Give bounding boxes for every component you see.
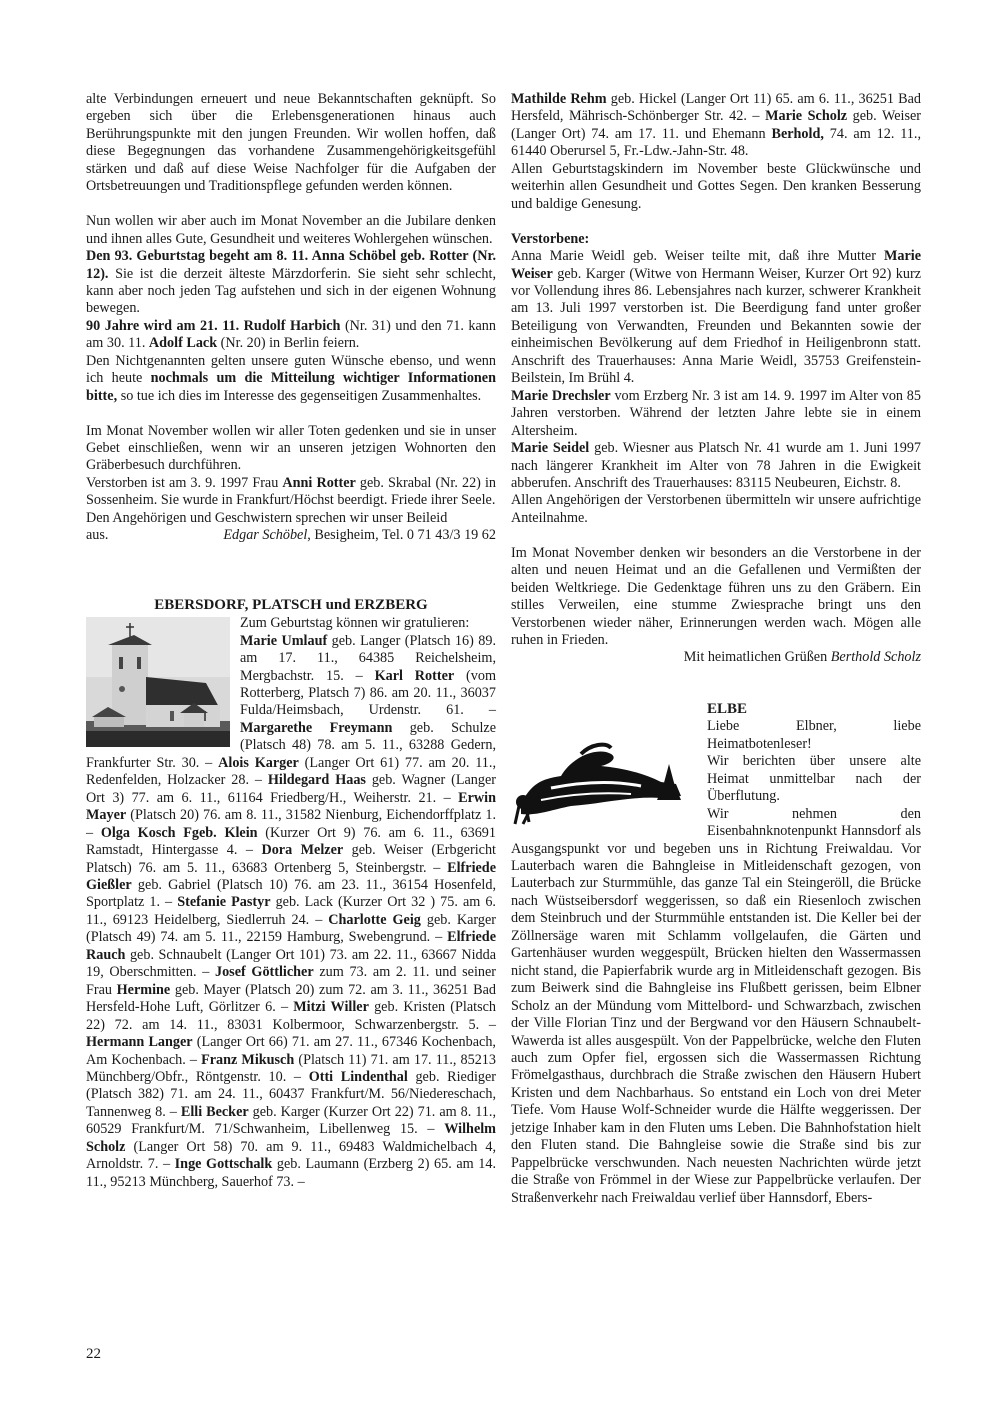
elbe-paragraph-2: Wir nehmen den Eisenbahnknotenpunkt Hann…: [511, 806, 921, 1207]
obituary-marie-seidel: Marie Seidel geb. Wiesner aus Platsch Nr…: [511, 440, 921, 492]
landscape-drawing: [511, 724, 697, 826]
church-photo: [86, 617, 230, 747]
birthday-wishes: Allen Geburtstagskindern im November bes…: [511, 161, 921, 213]
left-column: alte Verbindungen erneuert und neue Beka…: [86, 91, 496, 1191]
intro-paragraph: alte Verbindungen erneuert und neue Beka…: [86, 91, 496, 196]
birthday-90-heading: 90 Jahre wird am 21. 11. Rudolf Harbich: [86, 318, 340, 334]
jubilee-intro: Nun wollen wir aber auch im Monat Novemb…: [86, 213, 496, 248]
info-request: Den Nichtgenannten gelten unsere guten W…: [86, 353, 496, 405]
memorial-november: Im Monat November denken wir besonders a…: [511, 545, 921, 650]
condolence: Den Angehörigen und Geschwistern spreche…: [86, 510, 496, 527]
section-title-ebersdorf: EBERSDORF, PLATSCH und ERZBERG: [86, 597, 496, 614]
closing-signature: Mit heimatlichen Grüßen Berthold Scholz: [511, 649, 921, 666]
right-column: Mathilde Rehm geb. Hickel (Langer Ort 11…: [511, 91, 921, 1207]
deceased-condolence: Allen Angehörigen der Verstorbenen überm…: [511, 492, 921, 527]
signature: aus. Edgar Schöbel, Besigheim, Tel. 0 71…: [86, 527, 496, 544]
memorial-paragraph: Im Monat November wollen wir aller Toten…: [86, 423, 496, 475]
section-title-elbe: ELBE: [707, 701, 921, 718]
page-number: 22: [86, 1346, 101, 1363]
ebersdorf-birthday-list-cont: Mathilde Rehm geb. Hickel (Langer Ort 11…: [511, 91, 921, 161]
obituary-marie-drechsler: Marie Drechsler vom Erzberg Nr. 3 ist am…: [511, 388, 921, 440]
birthday-90: 90 Jahre wird am 21. 11. Rudolf Harbich …: [86, 318, 496, 353]
birthday-93: Den 93. Geburtstag begeht am 8. 11. Anna…: [86, 248, 496, 318]
deceased-heading: Verstorbene:: [511, 231, 589, 247]
obituary-marie-weiser: Anna Marie Weidl geb. Weiser teilte mit,…: [511, 248, 921, 388]
obituary-anni-rotter: Verstorben ist am 3. 9. 1997 Frau Anni R…: [86, 475, 496, 510]
